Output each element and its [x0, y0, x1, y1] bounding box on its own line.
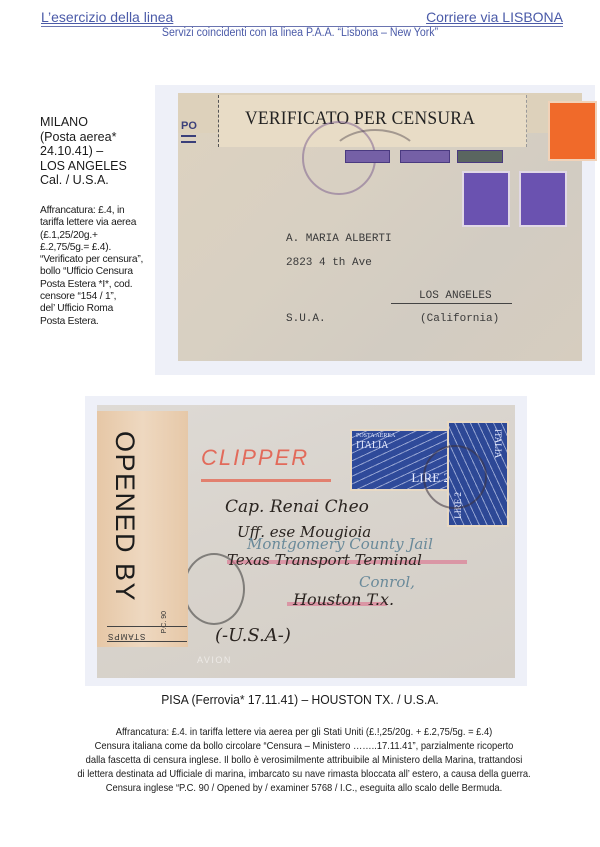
- envelope-pisa: CLIPPER POSTA AEREA ITALIA LIRE 2 ITALIA…: [97, 405, 515, 678]
- address-line: LOS ANGELES: [391, 290, 512, 304]
- stamp-country: ITALIA: [493, 429, 503, 458]
- title-line: MILANO: [40, 115, 152, 130]
- forwarding-line: Conrol,: [359, 573, 415, 591]
- caption-line: Affrancatura: £.4. in tariffa lettere vi…: [38, 726, 571, 740]
- airmail-underline: [201, 479, 331, 482]
- censor-stamp: STAMPS: [107, 626, 187, 642]
- desc-line: £.2,75/5g.= £.4).: [40, 242, 155, 254]
- desc-line: del’ Ufficio Roma: [40, 303, 155, 315]
- handwritten-line: Houston T.x.: [293, 590, 394, 609]
- header-subtitle: Servizi coincidenti con la linea P.A.A. …: [24, 27, 576, 39]
- stamp-violet: [519, 171, 567, 227]
- postmark-icon: [423, 445, 487, 509]
- overprint-stamp: [400, 150, 450, 163]
- caption-line: Censura italiana come da bollo circolare…: [38, 740, 571, 754]
- title-line: LOS ANGELES: [40, 159, 152, 174]
- censor-label: OPENED BY: [109, 431, 140, 602]
- stamp-country: ITALIA: [356, 440, 389, 451]
- desc-line: (£.1,25/20g.+: [40, 230, 155, 242]
- stamp-header: POSTA AEREA: [356, 433, 395, 439]
- title-line: (Posta aerea*: [40, 130, 152, 145]
- airmail-mark: CLIPPER: [201, 445, 309, 471]
- address-line: S.U.A.: [286, 313, 326, 325]
- handwritten-line: Cap. Renai Cheo: [225, 497, 369, 517]
- caption-line: dalla fascetta di censura inglese. Il bo…: [38, 754, 571, 768]
- handwritten-line: Texas Transport Terminal: [227, 551, 422, 569]
- desc-line: censore “154 / 1”,: [40, 291, 155, 303]
- handwritten-line: (-U.S.A-): [215, 625, 291, 646]
- censor-strip: OPENED BY P.C. 90 STAMPS: [97, 411, 188, 647]
- desc-line: Posta Estera.: [40, 316, 155, 328]
- overprint-stamp: [345, 150, 390, 163]
- address-line: A. MARIA ALBERTI: [286, 233, 392, 245]
- envelope-milano: PO VERIFICATO PER CENSURA A. MARIA ALBER…: [178, 93, 582, 361]
- title-line: Cal. / U.S.A.: [40, 173, 152, 188]
- desc-line: bollo “Ufficio Censura: [40, 266, 155, 278]
- stamp-violet: [462, 171, 510, 227]
- route-title: Corriere via LISBONA: [426, 9, 563, 25]
- corner-mark: PO: [181, 120, 197, 132]
- address-line: (California): [420, 313, 499, 325]
- overprint-stamp: [457, 150, 503, 163]
- caption-line: di lettera destinata ad Ufficiale di mar…: [38, 768, 571, 782]
- desc-line: “Verificato per censura”,: [40, 254, 155, 266]
- item1-title: MILANO (Posta aerea* 24.10.41) – LOS ANG…: [40, 115, 152, 188]
- section-title: L’esercizio della linea: [41, 9, 173, 25]
- desc-line: Posta Estera *I*, cod.: [40, 279, 155, 291]
- caption-line: Censura inglese “P.C. 90 / Opened by / e…: [38, 782, 571, 796]
- stamp-orange: [548, 101, 597, 161]
- corner-lines: [181, 135, 196, 143]
- item1-description: Affrancatura: £.4, in tariffa lettere vi…: [40, 205, 155, 328]
- title-line: 24.10.41) –: [40, 144, 152, 159]
- item2-description: Affrancatura: £.4. in tariffa lettere vi…: [8, 726, 600, 796]
- faded-mark: AVION: [197, 655, 232, 665]
- item2-title: PISA (Ferrovia* 17.11.41) – HOUSTON TX. …: [21, 692, 579, 707]
- desc-line: tariffa lettere via aerea: [40, 217, 155, 229]
- address-line: 2823 4 th Ave: [286, 257, 372, 269]
- desc-line: Affrancatura: £.4, in: [40, 205, 155, 217]
